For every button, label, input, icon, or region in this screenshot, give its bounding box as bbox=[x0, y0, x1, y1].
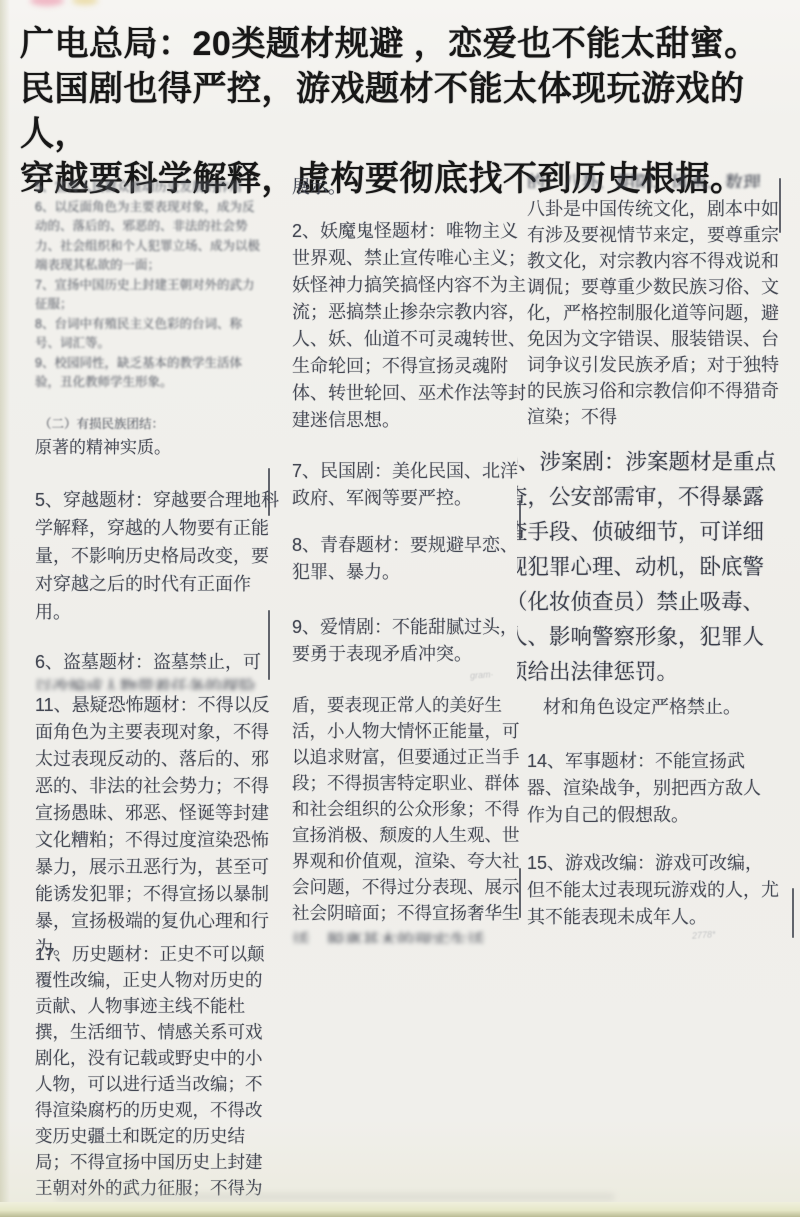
top-yellow-blob bbox=[72, 0, 98, 5]
stitch-line bbox=[268, 610, 270, 680]
watermark: 2778* bbox=[692, 929, 716, 941]
ghost-text-smudge bbox=[55, 1193, 615, 1201]
photo-document: 广电总局：20类题材规避 ，恋爱也不能太甜蜜。 民国剧也得严控，游戏题材不能太体… bbox=[0, 0, 800, 1217]
faded-list-line: 7、宣扬中国历史上封建王朝对外的武力 bbox=[35, 276, 285, 296]
stitch-line bbox=[519, 500, 521, 540]
faded-list-line: 8、台词中有殖民主义色彩的台词、称 bbox=[35, 315, 285, 335]
faded-list-line: 6、以反面角色为主要表现对象，成为反 bbox=[35, 198, 285, 218]
faded-list-line: 5、宣传人民群众推动历史发展的作用 bbox=[35, 178, 285, 198]
section-text: 原著的精神实质。 bbox=[35, 434, 283, 461]
crime-line: 查手段、侦破细节，可详细 bbox=[517, 515, 800, 550]
watermark: gram· bbox=[470, 669, 494, 681]
crime-line: 须给出法律惩罚。 bbox=[517, 655, 800, 687]
top-pink-blob bbox=[30, 0, 64, 6]
right-fragment-mid: 材和角色设定严格禁止。 bbox=[543, 694, 791, 721]
faded-list-line: 验，丑化教师学生形象。 bbox=[35, 373, 285, 393]
item-tomb-line2: 以改编成人物带着任务的探险 bbox=[35, 674, 283, 690]
item-demons: 2、妖魔鬼怪题材：唯物主义世界观、禁止宣传唯心主义；妖怪神力搞笑搞怪内容不为主流… bbox=[292, 218, 532, 434]
headline-line-1: 广电总局：20类题材规避 ，恋爱也不能太甜蜜。 bbox=[20, 22, 792, 67]
crime-line: 人、影响警察形象，犯罪人 bbox=[517, 620, 800, 655]
crime-line: 查，公安部需审，不得暴露 bbox=[517, 480, 800, 515]
right-fragment-top: 的；八卦、阴阳、风水、数理 bbox=[527, 170, 782, 188]
item-reality: 盾，要表现正常人的美好生活，小人物大情怀正能量，可以追求财富，但要通过正当手段；… bbox=[292, 692, 534, 926]
headline-line-2: 民国剧也得严控，游戏题材不能太体现玩游戏的人， bbox=[20, 67, 792, 157]
stitch-line bbox=[519, 868, 521, 918]
faded-list-line: 动的、落后的、邪恶的、非法的社会势 bbox=[35, 217, 285, 237]
item-youth: 8、青春题材：要规避早恋、犯罪、暴力。 bbox=[292, 532, 532, 586]
item-romance: 9、爱情剧：不能甜腻过头，要勇于表现矛盾冲突。 bbox=[292, 614, 532, 668]
item-crime-block: 0、涉案剧：涉案题材是重点 查，公安部需审，不得暴露 查手段、侦破细节，可详细 … bbox=[517, 445, 800, 687]
crime-line: 0、涉案剧：涉案题材是重点 bbox=[517, 445, 800, 480]
item-game: 15、游戏改编：游戏可改编，但不能太过表现玩游戏的人，尤其不能表现未成年人。 bbox=[527, 850, 781, 931]
mid-fragment-bottom: 活，脱离基本的现实生活 bbox=[292, 928, 534, 943]
stitch-line bbox=[779, 178, 781, 233]
item-military: 14、军事题材：不能宣扬武器、渲染战争，别把西方敌人作为自己的假想敌。 bbox=[527, 748, 771, 829]
item-tomb-line1: 6、盗墓题材：盗墓禁止，可 bbox=[35, 649, 283, 676]
item-time-travel: 5、穿越题材：穿越要合理地科学解释，穿越的人物要有正能量，不影响历史格局改变，要… bbox=[35, 486, 283, 626]
item-history: 17、历史题材：正史不可以颠覆性改编，正史人物对历史的贡献、人物事迹主线不能杜撰… bbox=[35, 941, 273, 1201]
left-faded-list: 5、宣传人民群众推动历史发展的作用 6、以反面角色为主要表现对象，成为反 动的、… bbox=[35, 178, 285, 393]
item-republic: 7、民国剧：美化民国、北洋政府、军阀等要严控。 bbox=[292, 458, 532, 512]
item-religion: 八卦是中国传统文化，剧本中如有涉及要视情节来定，要尊重宗教文化，对宗教内容不得戏… bbox=[527, 196, 779, 430]
faded-list-line: 9、校园同性，缺乏基本的教学生活体 bbox=[35, 354, 285, 374]
left-edge-band bbox=[0, 0, 10, 1217]
crime-line: 现犯罪心理、动机，卧底警 bbox=[517, 550, 800, 585]
faded-list-line: 征服； bbox=[35, 295, 285, 315]
crime-line: （化妆侦查员）禁止吸毒、 bbox=[517, 585, 800, 620]
faded-list-line: 号、词汇等。 bbox=[35, 334, 285, 354]
faded-list-line: 力、社会组织和个人犯罪立场、成为以极 bbox=[35, 237, 285, 257]
item-suspense: 11、悬疑恐怖题材：不得以反面角色为主要表现对象，不得太过表现反动的、落后的、邪… bbox=[35, 692, 283, 962]
stitch-line bbox=[792, 888, 794, 938]
faded-list-line: 端表现其私欲的一面； bbox=[35, 256, 285, 276]
section-label: （二）有损民族团结： bbox=[39, 414, 164, 432]
bottom-strip bbox=[0, 1202, 800, 1217]
mid-fragment-top: 展示。 bbox=[292, 174, 532, 201]
stitch-line bbox=[268, 468, 270, 516]
